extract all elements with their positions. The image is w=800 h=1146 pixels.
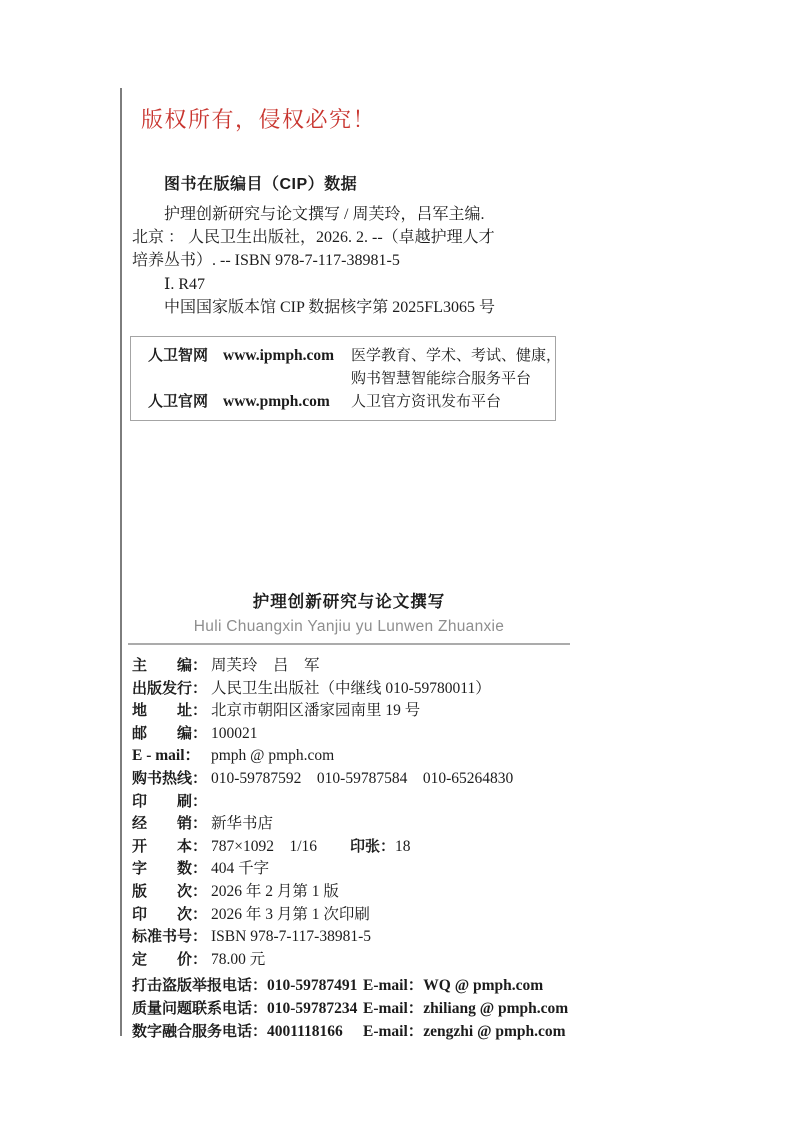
copyright-page: { "notice": { "text": "版权所有，侵权必究！", "col… [0,0,800,1146]
hotline-email: E-mail：zengzhi @ pmph.com [363,1020,566,1043]
platform-url: www.pmph.com [223,390,330,413]
detail-value: 周芙玲 吕 军 [211,657,320,674]
email-value: zengzhi @ pmph.com [423,1023,565,1040]
cip-line: 培养丛书）. -- ISBN 978-7-117-38981-5 [132,249,582,272]
book-title-block: 护理创新研究与论文撰写 Huli Chuangxin Yanjiu yu Lun… [128,588,570,636]
platform-row: 购书智慧智能综合服务平台 [131,367,555,390]
copyright-warning: 版权所有，侵权必究！ [141,103,376,134]
platform-row: 人卫官网 www.pmph.com 人卫官方资讯发布平台 [131,390,555,413]
cip-block: 护理创新研究与论文撰写 / 周芙玲，吕军主编. 北京 ： 人民卫生出版社，202… [132,203,582,319]
detail-value: 78.00 元 [211,951,265,968]
detail-row: 主 编：周芙玲 吕 军 [132,655,582,678]
hotline-row: 打击盗版举报电话：010-59787491 E-mail：WQ @ pmph.c… [132,974,582,997]
platform-url: www.ipmph.com [223,344,334,367]
detail-label: 地 址： [132,700,211,723]
email-value: zhiliang @ pmph.com [423,1000,568,1017]
email-label: E-mail： [363,1023,423,1040]
email-value: WQ @ pmph.com [423,977,543,994]
page-spine-line [120,88,122,1036]
hotline-email: E-mail：zhiliang @ pmph.com [363,997,568,1020]
detail-label: 字 数： [132,858,211,881]
detail-value: 010-59787592 010-59787584 010-65264830 [211,770,513,787]
platform-name: 人卫官网 [148,390,208,413]
detail-value: 404 千字 [211,860,269,877]
detail-value: 2026 年 2 月第 1 版 [211,883,339,900]
detail-value: 人民卫生出版社（中继线 010-59780011） [211,680,491,697]
email-label: E-mail： [363,1000,423,1017]
detail-value: 787×1092 1/16 [211,838,317,855]
book-title: 护理创新研究与论文撰写 [128,588,570,612]
detail-label: 经 销： [132,813,211,836]
detail-label: 版 次： [132,881,211,904]
detail-label: E - mail： [132,745,211,768]
detail-label: 标准书号： [132,926,211,949]
hotline-phone: 010-59787491 [267,977,357,994]
detail-value: pmph @ pmph.com [211,747,334,764]
detail-label: 开 本： [132,836,211,859]
cip-line: 北京 ： 人民卫生出版社，2026. 2. --（卓越护理人才 [132,226,582,249]
detail-row: 字 数：404 千字 [132,858,582,881]
detail-label: 印 次： [132,904,211,927]
platform-desc: 人卫官方资讯发布平台 [351,390,501,413]
hotline-email: E-mail：WQ @ pmph.com [363,974,543,997]
hotline-label: 质量问题联系电话： [132,1000,267,1017]
detail-row: 经 销：新华书店 [132,813,582,836]
detail-value: 100021 [211,725,258,742]
detail-value: 18 [395,838,411,855]
divider-rule [128,643,570,645]
detail-row: 版 次：2026 年 2 月第 1 版 [132,881,582,904]
cip-line: Ⅰ. R47 [132,273,582,296]
platform-desc: 购书智慧智能综合服务平台 [351,367,531,390]
detail-row: E - mail：pmph @ pmph.com [132,745,582,768]
detail-label: 出版发行： [132,678,211,701]
detail-label: 邮 编： [132,723,211,746]
hotline-section: 打击盗版举报电话：010-59787491 E-mail：WQ @ pmph.c… [132,974,582,1043]
detail-value: ISBN 978-7-117-38981-5 [211,928,371,945]
hotline-row: 数字融合服务电话：4001118166 E-mail：zengzhi @ pmp… [132,1020,582,1043]
detail-row: 地 址：北京市朝阳区潘家园南里 19 号 [132,700,582,723]
platform-row: 人卫智网 www.ipmph.com 医学教育、学术、考试、健康， [131,344,555,367]
detail-row: 印 次：2026 年 3 月第 1 次印刷 [132,904,582,927]
detail-row: 出版发行：人民卫生出版社（中继线 010-59780011） [132,678,582,701]
book-title-pinyin: Huli Chuangxin Yanjiu yu Lunwen Zhuanxie [128,618,570,636]
detail-row: 开 本：787×1092 1/16 印张：18 [132,836,582,859]
hotline-label: 打击盗版举报电话： [132,977,267,994]
detail-row: 印 刷： [132,791,582,814]
detail-label: 主 编： [132,655,211,678]
detail-label: 印张： [350,836,395,859]
detail-row: 购书热线：010-59787592 010-59787584 010-65264… [132,768,582,791]
detail-value: 北京市朝阳区潘家园南里 19 号 [211,702,420,719]
detail-label: 购书热线： [132,768,211,791]
email-label: E-mail： [363,977,423,994]
cip-line: 中国国家版本馆 CIP 数据核字第 2025FL3065 号 [132,296,582,319]
detail-value: 2026 年 3 月第 1 次印刷 [211,906,370,923]
hotline-phone: 010-59787234 [267,1000,357,1017]
detail-row: 定 价：78.00 元 [132,949,582,972]
hotline-label: 数字融合服务电话： [132,1023,267,1040]
platform-desc: 医学教育、学术、考试、健康， [351,344,561,367]
hotline-row: 质量问题联系电话：010-59787234 E-mail：zhiliang @ … [132,997,582,1020]
platform-name: 人卫智网 [148,344,208,367]
platform-info-box: 人卫智网 www.ipmph.com 医学教育、学术、考试、健康， 购书智慧智能… [130,336,556,421]
cip-heading: 图书在版编目（CIP）数据 [164,171,357,194]
detail-label: 印 刷： [132,791,211,814]
detail-row: 邮 编：100021 [132,723,582,746]
detail-label: 定 价： [132,949,211,972]
hotline-phone: 4001118166 [267,1023,343,1040]
detail-value: 新华书店 [211,815,273,832]
detail-row: 标准书号：ISBN 978-7-117-38981-5 [132,926,582,949]
publication-details: 主 编：周芙玲 吕 军 出版发行：人民卫生出版社（中继线 010-5978001… [132,655,582,971]
detail-extra-pair: 印张：18 [350,836,411,859]
cip-line: 护理创新研究与论文撰写 / 周芙玲，吕军主编. [132,203,582,226]
